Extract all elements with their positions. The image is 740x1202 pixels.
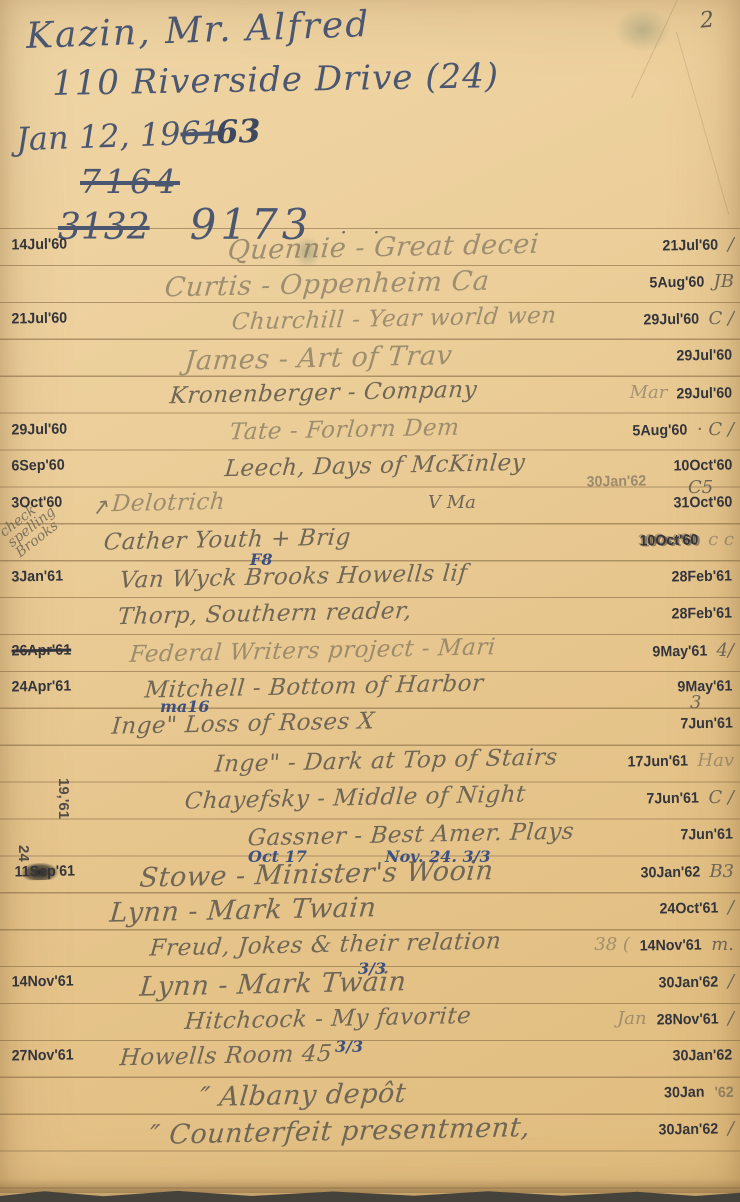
ledger-rows: 14Jul'60Quennie - Great decei21Jul'60/Cu… [0, 0, 740, 1202]
pencil-mark: m. [711, 934, 734, 955]
ledger-row: 3Jan'61Van Wyck Brooks Howells lif28Feb'… [0, 562, 740, 599]
pencil-mark: / [728, 1118, 734, 1139]
ledger-row: ″ Albany depôt30Jan'62 [0, 1078, 740, 1115]
right-stamp-zone: 30Jan'62 [663, 1041, 734, 1065]
left-stamp-zone: 21Jul'60 [10, 304, 69, 328]
entry-text: Lynn - Mark Twain [108, 892, 377, 929]
entry-text: Leech, Days of McKinley [224, 450, 527, 482]
right-stamp-zone: 38 (14Nov'61m. [586, 930, 734, 955]
left-stamp-zone: 29Jul'60 [10, 415, 69, 439]
date-stamp: 9May'61 [652, 643, 707, 661]
entry-text: Chayefsky - Middle of Night [184, 781, 527, 814]
pencil-mark: / [728, 1008, 734, 1029]
right-stamp-zone: 5Aug'60· C / [623, 415, 734, 440]
entry-text: Howells Room 45 [119, 1041, 334, 1071]
date-stamp: 10Oct'60 [640, 531, 699, 549]
entry-text: Tate - Forlorn Dem [229, 415, 461, 446]
date-stamp: 30Jan'62 [673, 1046, 733, 1064]
ledger-row: ″ Counterfeit presentment,30Jan'62/ [0, 1114, 740, 1151]
ledger-row: Chayefsky - Middle of Night7Jun'61C / [0, 783, 740, 820]
right-stamp-zone: 29Jul'60 [667, 341, 734, 365]
right-stamp-zone: 10Oct'60 [664, 451, 734, 475]
entry-text: Van Wyck Brooks Howells lif [119, 560, 469, 593]
right-stamp-zone: 7Jun'61 [671, 709, 734, 733]
entry-text: Kronenberger - Company [169, 377, 479, 409]
entry-text: ″ Albany depôt [198, 1078, 407, 1113]
date-stamp: 7Jun'61 [680, 715, 733, 733]
left-stamp-zone: 11Sep'61 [10, 857, 80, 881]
right-stamp-zone: 30Jan'62/ [649, 967, 734, 992]
ledger-row: Inge" Loss of Roses X7Jun'61ma16 [0, 709, 740, 746]
pencil-mark: / [728, 897, 734, 918]
right-stamp-zone: 10Oct'60c c [630, 525, 734, 550]
pencil-mark: 38 ( [594, 934, 630, 955]
renewal-note: 3/3 [358, 959, 386, 978]
left-stamp-zone: 6Sep'60 [10, 451, 66, 475]
date-stamp: 6Sep'60 [11, 457, 65, 475]
pencil-mark: Jan [617, 1008, 647, 1029]
left-stamp-zone: 24Apr'61 [10, 672, 73, 696]
renewal-note: Nov. 24. 3/3 [385, 847, 491, 866]
date-stamp: 29Jul'60 [677, 347, 733, 365]
pencil-mark: C / [708, 787, 734, 808]
left-stamp-zone: 14Jul'60 [10, 230, 69, 254]
date-stamp: 29Jul'60 [677, 385, 733, 403]
ledger-row: 27Nov'61Howells Room 4530Jan'623/3 [0, 1041, 740, 1078]
right-stamp-zone: 30Jan'62B3 [631, 857, 734, 882]
ledger-row: Thorp, Southern reader,28Feb'61 [0, 599, 740, 636]
entry-text: Federal Writers project - Mari [129, 634, 497, 668]
entry-text: Freud, Jokes & their relation [149, 928, 503, 961]
ledger-row: 6Sep'60Leech, Days of McKinley10Oct'6030… [0, 451, 740, 488]
left-stamp-zone: 3Oct'60 [10, 488, 64, 512]
right-stamp-zone: 28Feb'61 [662, 562, 734, 586]
date-stamp: 3Oct'60 [11, 494, 62, 512]
date-stamp: 11Sep'61 [12, 862, 78, 880]
date-stamp: 30Jan'62 [659, 973, 719, 991]
right-stamp-zone: 17Jun'61Hav [618, 746, 734, 771]
pencil-mark: Hav [697, 750, 734, 771]
ledger-row: 3Oct'60Delotrich31Oct'60V Ma [0, 488, 740, 525]
date-stamp: 3Jan'61 [11, 568, 63, 586]
left-stamp-zone: 3Jan'61 [10, 562, 64, 586]
entry-text: Delotrich [111, 489, 226, 517]
pencil-mark: JB [714, 271, 734, 292]
right-stamp-zone: 7Jun'61C / [637, 783, 734, 808]
entry-text: Inge" Loss of Roses X [111, 708, 376, 739]
ledger-row: Lynn - Mark Twain24Oct'61/ [0, 893, 740, 930]
entry-text: James - Art of Trav [183, 340, 453, 377]
entry-text: Thorp, Southern reader, [117, 598, 413, 630]
date-stamp: 10Oct'60 [673, 456, 732, 474]
entry-text: Quennie - Great decei [226, 229, 540, 266]
date-stamp: 9May'61 [678, 678, 733, 696]
date-stamp: 5Aug'60 [649, 274, 704, 292]
date-stamp: 7Jun'61 [646, 790, 699, 808]
right-stamp-zone: 28Feb'61 [662, 599, 734, 623]
ledger-row: Curtis - Oppenheim Ca5Aug'60JB [0, 267, 740, 304]
renewal-note: F8 [250, 550, 273, 569]
pencil-mark: B3 [709, 861, 734, 882]
entry-text: Cather Youth + Brig [103, 524, 352, 555]
pencil-mark: V Ma [428, 492, 476, 513]
ledger-row: Inge" - Dark at Top of Stairs17Jun'61Hav [0, 746, 740, 783]
ledger-row: 14Nov'61Lynn - Mark Twain30Jan'62/3/3 [0, 967, 740, 1004]
date-stamp: 7Jun'61 [680, 826, 733, 844]
left-stamp-zone: 27Nov'61 [10, 1041, 75, 1065]
date-stamp: 29Jul'60 [643, 311, 699, 329]
date-stamp: 24Apr'61 [11, 677, 71, 695]
right-stamp-zone: 30Jan'62 [655, 1078, 734, 1102]
date-stamp: 17Jun'61 [627, 752, 688, 770]
date-stamp: 30Jan'62 [659, 1120, 719, 1138]
date-stamp: 28Nov'61 [656, 1010, 718, 1028]
library-card: 2 Kazin, Mr. Alfred 110 Riverside Drive … [0, 0, 740, 1202]
date-stamp: 26Apr'61 [11, 641, 71, 659]
left-stamp-zone: 14Nov'61 [10, 967, 75, 991]
ledger-row: 21Jul'60Churchill - Year world wen29Jul'… [0, 304, 740, 341]
date-stamp: 30Jan'62 [640, 863, 700, 881]
right-stamp-zone: 5Aug'60JB [640, 267, 734, 292]
ledger-row: James - Art of Trav29Jul'60 [0, 341, 740, 378]
right-stamp-zone: Jan28Nov'61/ [609, 1004, 734, 1029]
pencil-mark: Mar [630, 382, 668, 403]
date-stamp: 14Jul'60 [11, 236, 67, 254]
ledger-row: 24Apr'61Mitchell - Bottom of Harbor9May'… [0, 672, 740, 709]
date-stamp: 21Jul'60 [11, 310, 67, 328]
ledger-row: 26Apr'61Federal Writers project - Mari9M… [0, 636, 740, 673]
ledger-row: Kronenberger - CompanyMar29Jul'60 [0, 378, 740, 415]
date-stamp: 5Aug'60 [633, 422, 688, 440]
right-stamp-zone: 31Oct'60 [664, 488, 734, 512]
date-stamp: '62 [714, 1084, 734, 1101]
date-stamp: 27Nov'61 [11, 1046, 73, 1064]
right-stamp-zone: 7Jun'61 [671, 820, 734, 844]
entry-text: Hitchcock - My favorite [184, 1003, 473, 1035]
date-stamp: 30Jan [664, 1084, 705, 1102]
pencil-mark: C / [708, 308, 734, 329]
right-stamp-zone: 30Jan'62/ [649, 1114, 734, 1139]
left-stamp-zone: 26Apr'61 [10, 636, 73, 660]
date-stamp: 28Feb'61 [672, 567, 733, 585]
ledger-row: Hitchcock - My favoriteJan28Nov'61/ [0, 1004, 740, 1041]
pencil-mark: / [728, 971, 734, 992]
entry-text: Churchill - Year world wen [231, 303, 558, 336]
entry-text: ″ Counterfeit presentment, [148, 1112, 531, 1151]
ledger-row: Gassner - Best Amer. Plays7Jun'61 [0, 820, 740, 857]
right-stamp-zone: Mar29Jul'60 [622, 378, 734, 403]
ledger-row: 11Sep'61Stowe - Minister's Wooin30Jan'62… [0, 857, 740, 894]
date-stamp: 21Jul'60 [663, 237, 719, 255]
pencil-mark: / [728, 234, 734, 255]
renewal-note: 3/3 [335, 1037, 363, 1056]
right-stamp-zone: 24Oct'61/ [650, 893, 734, 918]
renewal-note: ma16 [160, 697, 210, 716]
ledger-row: 29Jul'60Tate - Forlorn Dem5Aug'60· C / [0, 415, 740, 452]
pencil-mark: c c [708, 529, 734, 550]
date-stamp: 24Oct'61 [659, 899, 718, 917]
ledger-row: Cather Youth + Brig10Oct'60c c [0, 525, 740, 562]
pencil-mark: 4/ [716, 640, 734, 661]
right-stamp-zone: 9May'614/ [643, 636, 734, 661]
entry-text: Inge" - Dark at Top of Stairs [214, 744, 559, 777]
ledger-row: 14Jul'60Quennie - Great decei21Jul'60/ [0, 230, 740, 267]
date-stamp: 31Oct'60 [673, 493, 732, 511]
right-stamp-zone: 21Jul'60/ [653, 230, 734, 255]
entry-text: Curtis - Oppenheim Ca [163, 266, 490, 304]
date-stamp: 14Nov'61 [639, 936, 701, 954]
date-stamp: 14Nov'61 [11, 972, 73, 990]
date-stamp: 29Jul'60 [11, 421, 67, 439]
pencil-mark: · C / [697, 419, 734, 440]
right-stamp-zone: 29Jul'60C / [634, 304, 734, 329]
renewal-note: Oct 17 [248, 847, 307, 866]
date-stamp: 28Feb'61 [672, 604, 733, 622]
